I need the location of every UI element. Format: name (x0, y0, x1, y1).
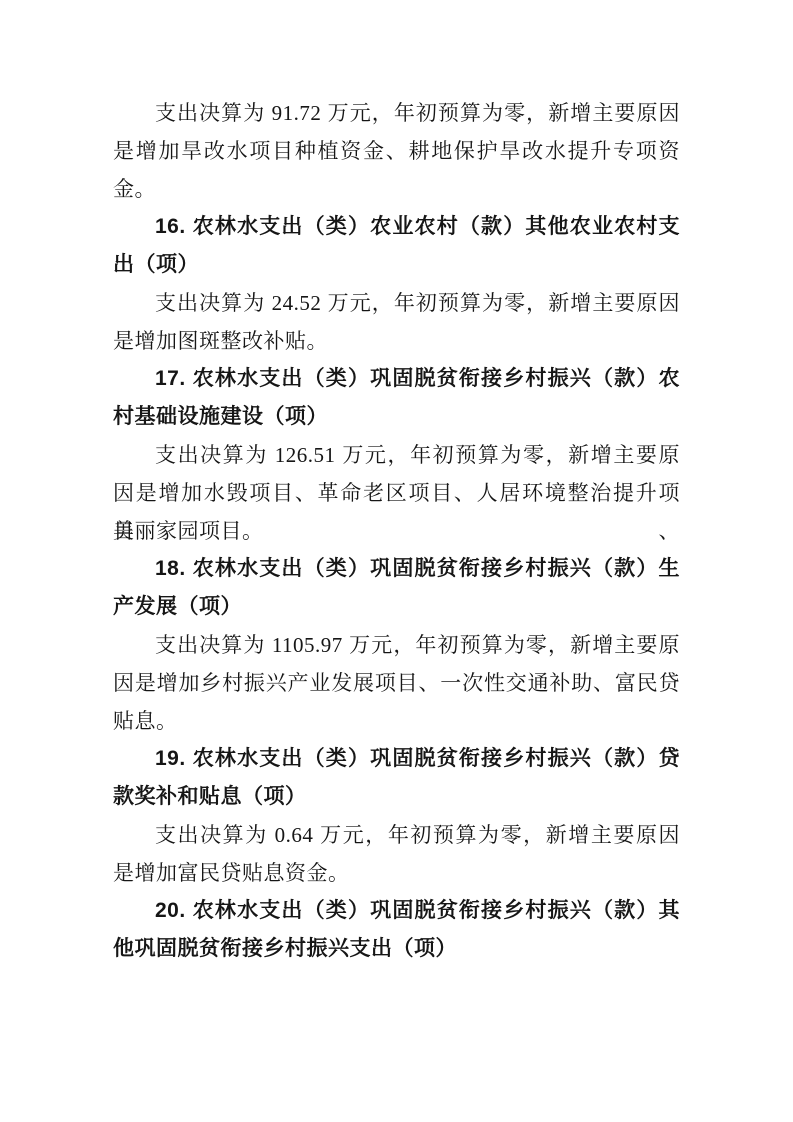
heading-line: 17. 农林水支出（类）巩固脱贫衔接乡村振兴（款）农 (113, 360, 680, 398)
heading-line: 出（项） (113, 246, 680, 284)
paragraph-line: 是增加旱改水项目种植资金、耕地保护旱改水提升专项资 (113, 132, 680, 170)
paragraph-line: 支出决算为 0.64 万元，年初预算为零，新增主要原因 (113, 816, 680, 854)
paragraph-line: 是增加图斑整改补贴。 (113, 322, 680, 360)
section-18-body: 支出决算为 1105.97 万元，年初预算为零，新增主要原因是增加乡村振兴产业发… (113, 626, 680, 740)
heading-line: 款奖补和贴息（项） (113, 778, 680, 816)
paragraph-line: 支出决算为 91.72 万元，年初预算为零，新增主要原因 (113, 94, 680, 132)
paragraph-line: 因是增加水毁项目、革命老区项目、人居环境整治提升项目、 (113, 474, 680, 512)
paragraph-line: 金。 (113, 170, 680, 208)
paragraph-line: 支出决算为 1105.97 万元，年初预算为零，新增主要原 (113, 626, 680, 664)
heading-line: 他巩固脱贫衔接乡村振兴支出（项） (113, 930, 680, 968)
document-page: 支出决算为 91.72 万元，年初预算为零，新增主要原因是增加旱改水项目种植资金… (0, 0, 793, 1122)
section-19-heading: 19. 农林水支出（类）巩固脱贫衔接乡村振兴（款）贷款奖补和贴息（项） (113, 740, 680, 816)
paragraph-line: 是增加富民贷贴息资金。 (113, 854, 680, 892)
section-17-body: 支出决算为 126.51 万元，年初预算为零，新增主要原因是增加水毁项目、革命老… (113, 436, 680, 550)
heading-line: 20. 农林水支出（类）巩固脱贫衔接乡村振兴（款）其 (113, 892, 680, 930)
heading-line: 产发展（项） (113, 588, 680, 626)
section-20-heading: 20. 农林水支出（类）巩固脱贫衔接乡村振兴（款）其他巩固脱贫衔接乡村振兴支出（… (113, 892, 680, 968)
heading-line: 16. 农林水支出（类）农业农村（款）其他农业农村支 (113, 208, 680, 246)
paragraph-line: 支出决算为 24.52 万元，年初预算为零，新增主要原因 (113, 284, 680, 322)
section-19-body: 支出决算为 0.64 万元，年初预算为零，新增主要原因是增加富民贷贴息资金。 (113, 816, 680, 892)
heading-line: 19. 农林水支出（类）巩固脱贫衔接乡村振兴（款）贷 (113, 740, 680, 778)
continued-paragraph: 支出决算为 91.72 万元，年初预算为零，新增主要原因是增加旱改水项目种植资金… (113, 94, 680, 208)
section-18-heading: 18. 农林水支出（类）巩固脱贫衔接乡村振兴（款）生产发展（项） (113, 550, 680, 626)
heading-line: 村基础设施建设（项） (113, 398, 680, 436)
section-17-heading: 17. 农林水支出（类）巩固脱贫衔接乡村振兴（款）农村基础设施建设（项） (113, 360, 680, 436)
heading-line: 18. 农林水支出（类）巩固脱贫衔接乡村振兴（款）生 (113, 550, 680, 588)
paragraph-line: 支出决算为 126.51 万元，年初预算为零，新增主要原 (113, 436, 680, 474)
paragraph-line: 因是增加乡村振兴产业发展项目、一次性交通补助、富民贷 (113, 664, 680, 702)
paragraph-line: 贴息。 (113, 702, 680, 740)
section-16-heading: 16. 农林水支出（类）农业农村（款）其他农业农村支出（项） (113, 208, 680, 284)
section-16-body: 支出决算为 24.52 万元，年初预算为零，新增主要原因是增加图斑整改补贴。 (113, 284, 680, 360)
